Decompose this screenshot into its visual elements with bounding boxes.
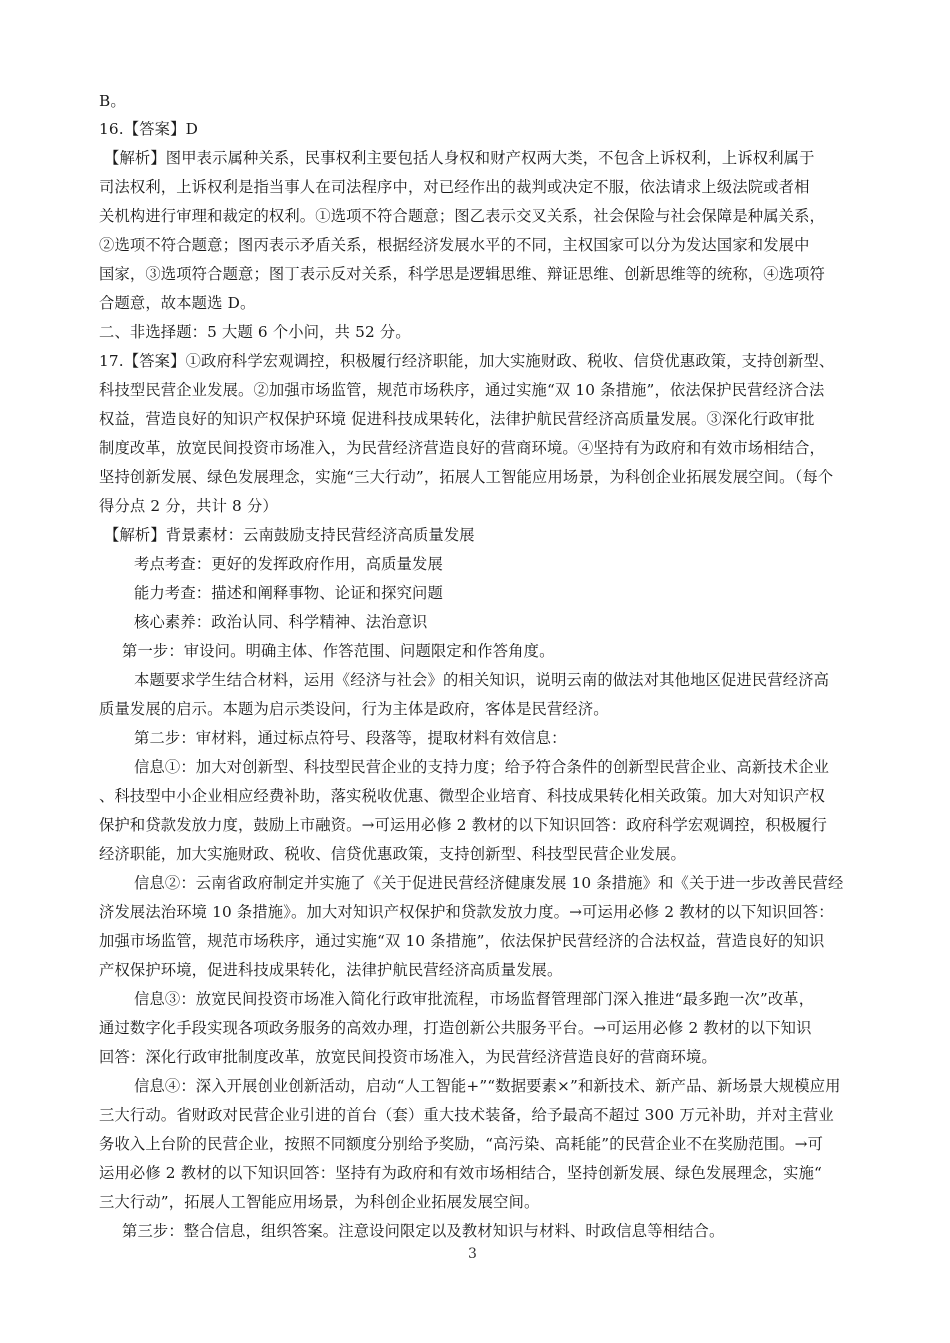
text-line: 济发展法治环境 10 条措施》。加大对知识产权保护和贷款发放力度。→可运用必修 …: [99, 902, 855, 922]
section-heading: 二、非选择题：5 大题 6 个小问，共 52 分。: [99, 322, 855, 342]
text-line: 加强市场监管，规范市场秩序，通过实施“双 10 条措施”，依法保护民营经济的合法…: [99, 931, 855, 951]
text-line: 本题要求学生结合材料，运用《经济与社会》的相关知识，说明云南的做法对其他地区促进…: [134, 670, 890, 690]
text-line: ②选项不符合题意；图丙表示矛盾关系，根据经济发展水平的不同，主权国家可以分为发达…: [99, 235, 855, 255]
text-line: 合题意，故本题选 D。: [99, 293, 855, 313]
question-17-answer: 17.【答案】①政府科学宏观调控，积极履行经济职能，加大实施财政、税收、信贷优惠…: [99, 351, 855, 371]
text-line: 坚持创新发展、绿色发展理念，实施“三大行动”，拓展人工智能应用场景，为科创企业拓…: [99, 467, 855, 487]
text-line: 国家，③选项符合题意；图丁表示反对关系，科学思是逻辑思维、辩证思维、创新思维等的…: [99, 264, 855, 284]
text-line: 【解析】图甲表示属种关系，民事权利主要包括人身权和财产权两大类，不包含上诉权利，…: [104, 148, 860, 168]
text-line: 经济职能，加大实施财政、税收、信贷优惠政策，支持创新型、科技型民营企业发展。: [99, 844, 855, 864]
text-line: 信息①：加大对创新型、科技型民营企业的支持力度；给予符合条件的创新型民营企业、高…: [134, 757, 890, 777]
text-line: 回答：深化行政审批制度改革，放宽民间投资市场准入，为民营经济营造良好的营商环境。: [99, 1047, 855, 1067]
question-16-answer: 16.【答案】D: [99, 119, 855, 139]
text-line: 、科技型中小企业相应经费补助，落实税收优惠、微型企业培育、科技成果转化相关政策。…: [99, 786, 855, 806]
text-line: 司法权利，上诉权利是指当事人在司法程序中，对已经作出的裁判或决定不服，依法请求上…: [99, 177, 855, 197]
step-heading: 第二步：审材料，通过标点符号、段落等，提取材料有效信息：: [134, 728, 890, 748]
text-line: 信息③：放宽民间投资市场准入简化行政审批流程，市场监督管理部门深入推进“最多跑一…: [134, 989, 890, 1009]
text-line: 核心素养：政治认同、科学精神、法治意识: [134, 612, 890, 632]
text-line: 信息④：深入开展创业创新活动，启动“人工智能+”“数据要素×”和新技术、新产品、…: [134, 1076, 890, 1096]
text-line: 通过数字化手段实现各项政务服务的高效办理，打造创新公共服务平台。→可运用必修 2…: [99, 1018, 855, 1038]
text-line: 关机构进行审理和裁定的权利。①选项不符合题意；图乙表示交叉关系，社会保险与社会保…: [99, 206, 855, 226]
text-line: 科技型民营企业发展。②加强市场监管，规范市场秩序，通过实施“双 10 条措施”，…: [99, 380, 855, 400]
text-line: 质量发展的启示。本题为启示类设问，行为主体是政府，客体是民营经济。: [99, 699, 855, 719]
text-line: 权益，营造良好的知识产权保护环境 促进科技成果转化，法律护航民营经济高质量发展。…: [99, 409, 855, 429]
text-line: 运用必修 2 教材的以下知识回答：坚持有为政府和有效市场相结合，坚持创新发展、绿…: [99, 1163, 855, 1183]
text-line: 信息②：云南省政府制定并实施了《关于促进民营经济健康发展 10 条措施》和《关于…: [134, 873, 890, 893]
step-heading: 第一步：审设问。明确主体、作答范围、问题限定和作答角度。: [122, 641, 878, 661]
step-heading: 第三步：整合信息，组织答案。注意设问限定以及教材知识与材料、时政信息等相结合。: [122, 1221, 878, 1241]
page-number: 3: [468, 1246, 477, 1262]
text-line: 三大行动。省财政对民营企业引进的首台（套）重大技术装备，给予最高不超过 300 …: [99, 1105, 855, 1125]
analysis-heading: 【解析】背景素材：云南鼓励支持民营经济高质量发展: [104, 525, 860, 545]
text-line: 制度改革，放宽民间投资市场准入，为民营经济营造良好的营商环境。④坚持有为政府和有…: [99, 438, 855, 458]
text-line: 得分点 2 分，共计 8 分）: [99, 496, 855, 516]
document-page: B。 16.【答案】D 【解析】图甲表示属种关系，民事权利主要包括人身权和财产权…: [0, 0, 950, 1343]
text-line: 务收入上台阶的民营企业，按照不同额度分别给予奖励，“高污染、高耗能”的民营企业不…: [99, 1134, 855, 1154]
text-line: 产权保护环境，促进科技成果转化，法律护航民营经济高质量发展。: [99, 960, 855, 980]
text-line: 考点考查：更好的发挥政府作用，高质量发展: [134, 554, 890, 574]
text-line: B。: [99, 91, 855, 111]
text-line: 三大行动”，拓展人工智能应用场景，为科创企业拓展发展空间。: [99, 1192, 855, 1212]
text-line: 保护和贷款发放力度，鼓励上市融资。→可运用必修 2 教材的以下知识回答：政府科学…: [99, 815, 855, 835]
text-line: 能力考查：描述和阐释事物、论证和探究问题: [134, 583, 890, 603]
